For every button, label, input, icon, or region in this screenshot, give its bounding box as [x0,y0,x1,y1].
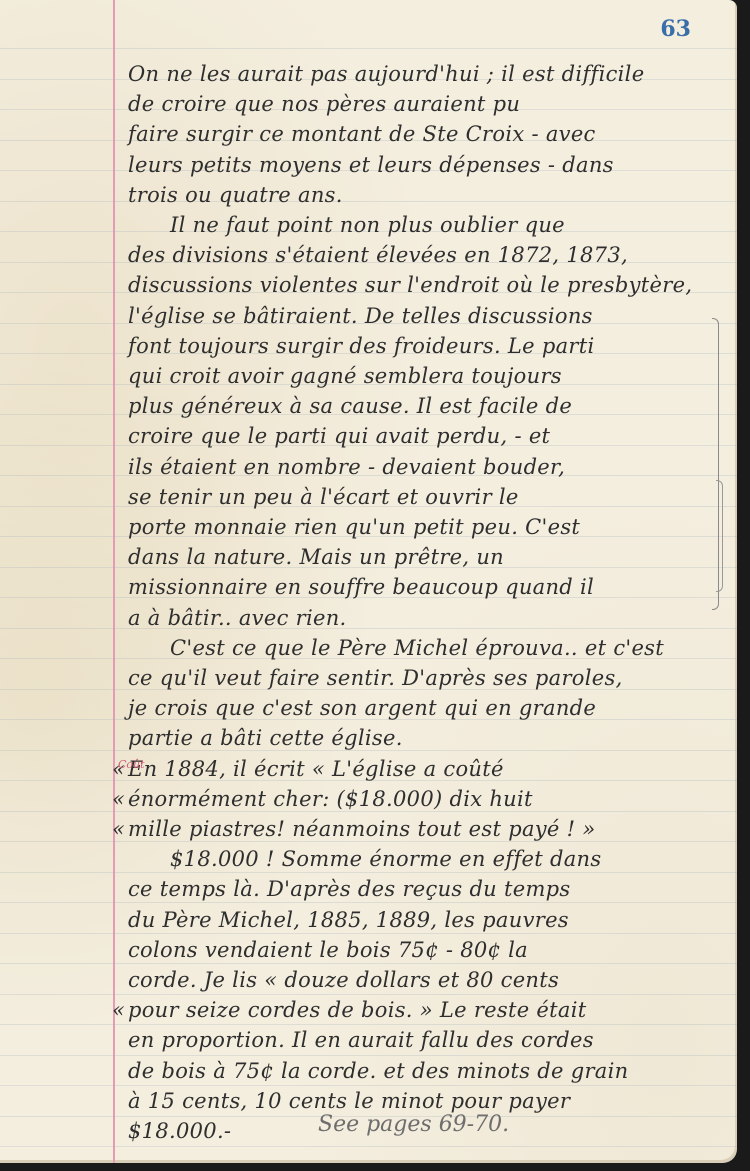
text-line: font toujours surgir des froideurs. Le p… [128,334,595,358]
ruling-line [0,1024,737,1025]
text-line: corde. Je lis « douze dollars et 80 cent… [128,968,559,992]
ruling-line [0,872,737,873]
text-line-content: se tenir un peu à l'écart et ouvrir le [128,485,519,509]
text-line: $18.000.- [128,1119,231,1143]
text-line-content: qui croit avoir gagné semblera toujours [128,364,562,388]
text-line: du Père Michel, 1885, 1889, les pauvres [128,908,569,932]
text-line: missionnaire en souffre beaucoup quand i… [128,575,594,599]
text-line: ce qu'il veut faire sentir. D'après ses … [128,666,623,690]
text-line: à 15 cents, 10 cents le minot pour payer [128,1089,570,1113]
text-line: faire surgir ce montant de Ste Croix - a… [128,122,596,146]
text-line-content: On ne les aurait pas aujourd'hui ; il es… [128,62,644,86]
text-line: $18.000 ! Somme énorme en effet dans [170,847,601,871]
text-line-content: ce temps là. D'après des reçus du temps [128,877,571,901]
notebook-page: 63 On ne les aurait pas aujourd'hui ; il… [0,0,737,1163]
text-line-content: ils étaient en nombre - devaient bouder, [128,455,565,479]
text-line: colons vendaient le bois 75¢ - 80¢ la [128,938,528,962]
text-line-content: trois ou quatre ans. [128,183,343,207]
ruling-line [0,1055,737,1056]
ruling-line [0,963,737,964]
text-line: l'église se bâtiraient. De telles discus… [128,304,593,328]
ruling-line [0,1146,737,1147]
text-line: je crois que c'est son argent qui en gra… [128,696,596,720]
text-line-content: pour seize cordes de bois. » Le reste ét… [128,998,586,1022]
pencil-note: See pages 69-70. [318,1112,509,1137]
ruling-line [0,1085,737,1086]
text-line-content: de croire que nos pères auraient pu [128,92,520,116]
text-line-content: croire que le parti qui avait perdu, - e… [128,424,550,448]
pencil-bracket-mark-inner [716,480,723,592]
text-line: de croire que nos pères auraient pu [128,92,520,116]
text-line: discussions violentes sur l'endroit où l… [128,273,692,297]
ruling-line [0,628,737,629]
margin-note: Coût [118,758,145,771]
text-line: qui croit avoir gagné semblera toujours [128,364,562,388]
text-line-content: dans la nature. Mais un prêtre, un [128,545,504,569]
text-line-content: du Père Michel, 1885, 1889, les pauvres [128,908,569,932]
text-line: «En 1884, il écrit « L'église a coûté [128,757,504,781]
text-line-content: de bois à 75¢ la corde. et des minots de… [128,1059,628,1083]
text-line: se tenir un peu à l'écart et ouvrir le [128,485,519,509]
text-line: des divisions s'étaient élevées en 1872,… [128,243,628,267]
text-line: dans la nature. Mais un prêtre, un [128,545,504,569]
text-line: de bois à 75¢ la corde. et des minots de… [128,1059,628,1083]
text-line-content: Il ne faut point non plus oublier que [170,213,565,237]
text-line: croire que le parti qui avait perdu, - e… [128,424,550,448]
ruling-line [0,811,737,812]
text-line-content: partie a bâti cette église. [128,726,403,750]
quote-mark: « [112,787,125,811]
text-line-content: mille piastres! néanmoins tout est payé … [128,817,596,841]
text-line-content: énormément cher: ($18.000) dix huit [128,787,533,811]
text-line-content: à 15 cents, 10 cents le minot pour payer [128,1089,570,1113]
text-line-content: font toujours surgir des froideurs. Le p… [128,334,595,358]
ruling-line [0,933,737,934]
page-number: 63 [660,16,691,42]
text-line-content: discussions violentes sur l'endroit où l… [128,273,692,297]
text-line-content: porte monnaie rien qu'un petit peu. C'es… [128,515,580,539]
text-line: On ne les aurait pas aujourd'hui ; il es… [128,62,644,86]
text-line: trois ou quatre ans. [128,183,343,207]
text-line: Il ne faut point non plus oublier que [170,213,565,237]
ruling-line [0,201,737,202]
text-line-content: l'église se bâtiraient. De telles discus… [128,304,593,328]
text-line-content: je crois que c'est son argent qui en gra… [128,696,596,720]
text-line-content: faire surgir ce montant de Ste Croix - a… [128,122,596,146]
text-line: partie a bâti cette église. [128,726,403,750]
quote-mark: « [112,998,125,1022]
text-line-content: $18.000 ! Somme énorme en effet dans [170,847,601,871]
text-line-content: missionnaire en souffre beaucoup quand i… [128,575,594,599]
text-line: plus généreux à sa cause. Il est facile … [128,394,572,418]
text-line-content: des divisions s'étaient élevées en 1872,… [128,243,628,267]
ruling-line [0,902,737,903]
quote-mark: « [112,817,125,841]
text-line: ils étaient en nombre - devaient bouder, [128,455,565,479]
text-line-content: en proportion. Il en aurait fallu des co… [128,1028,594,1052]
text-line-content: $18.000.- [128,1119,231,1143]
text-line-content: plus généreux à sa cause. Il est facile … [128,394,572,418]
text-line: en proportion. Il en aurait fallu des co… [128,1028,594,1052]
text-line: porte monnaie rien qu'un petit peu. C'es… [128,515,580,539]
text-line-content: C'est ce que le Père Michel éprouva.. et… [170,636,664,660]
text-line: ce temps là. D'après des reçus du temps [128,877,571,901]
text-line: «énormément cher: ($18.000) dix huit [128,787,533,811]
text-line-content: a à bâtir.. avec rien. [128,606,347,630]
text-line: C'est ce que le Père Michel éprouva.. et… [170,636,664,660]
text-line-content: ce qu'il veut faire sentir. D'après ses … [128,666,623,690]
text-line: leurs petits moyens et leurs dépenses - … [128,153,614,177]
ruling-line [0,994,737,995]
margin-line [113,0,115,1163]
text-line: a à bâtir.. avec rien. [128,606,347,630]
text-line-content: colons vendaient le bois 75¢ - 80¢ la [128,938,528,962]
ruling-line [0,841,737,842]
ruling-line [0,48,737,49]
text-line-content: corde. Je lis « douze dollars et 80 cent… [128,968,559,992]
text-line: «pour seize cordes de bois. » Le reste é… [128,998,586,1022]
text-line-content: En 1884, il écrit « L'église a coûté [128,757,504,781]
text-line: «mille piastres! néanmoins tout est payé… [128,817,596,841]
ruling-line [0,750,737,751]
text-line-content: leurs petits moyens et leurs dépenses - … [128,153,614,177]
